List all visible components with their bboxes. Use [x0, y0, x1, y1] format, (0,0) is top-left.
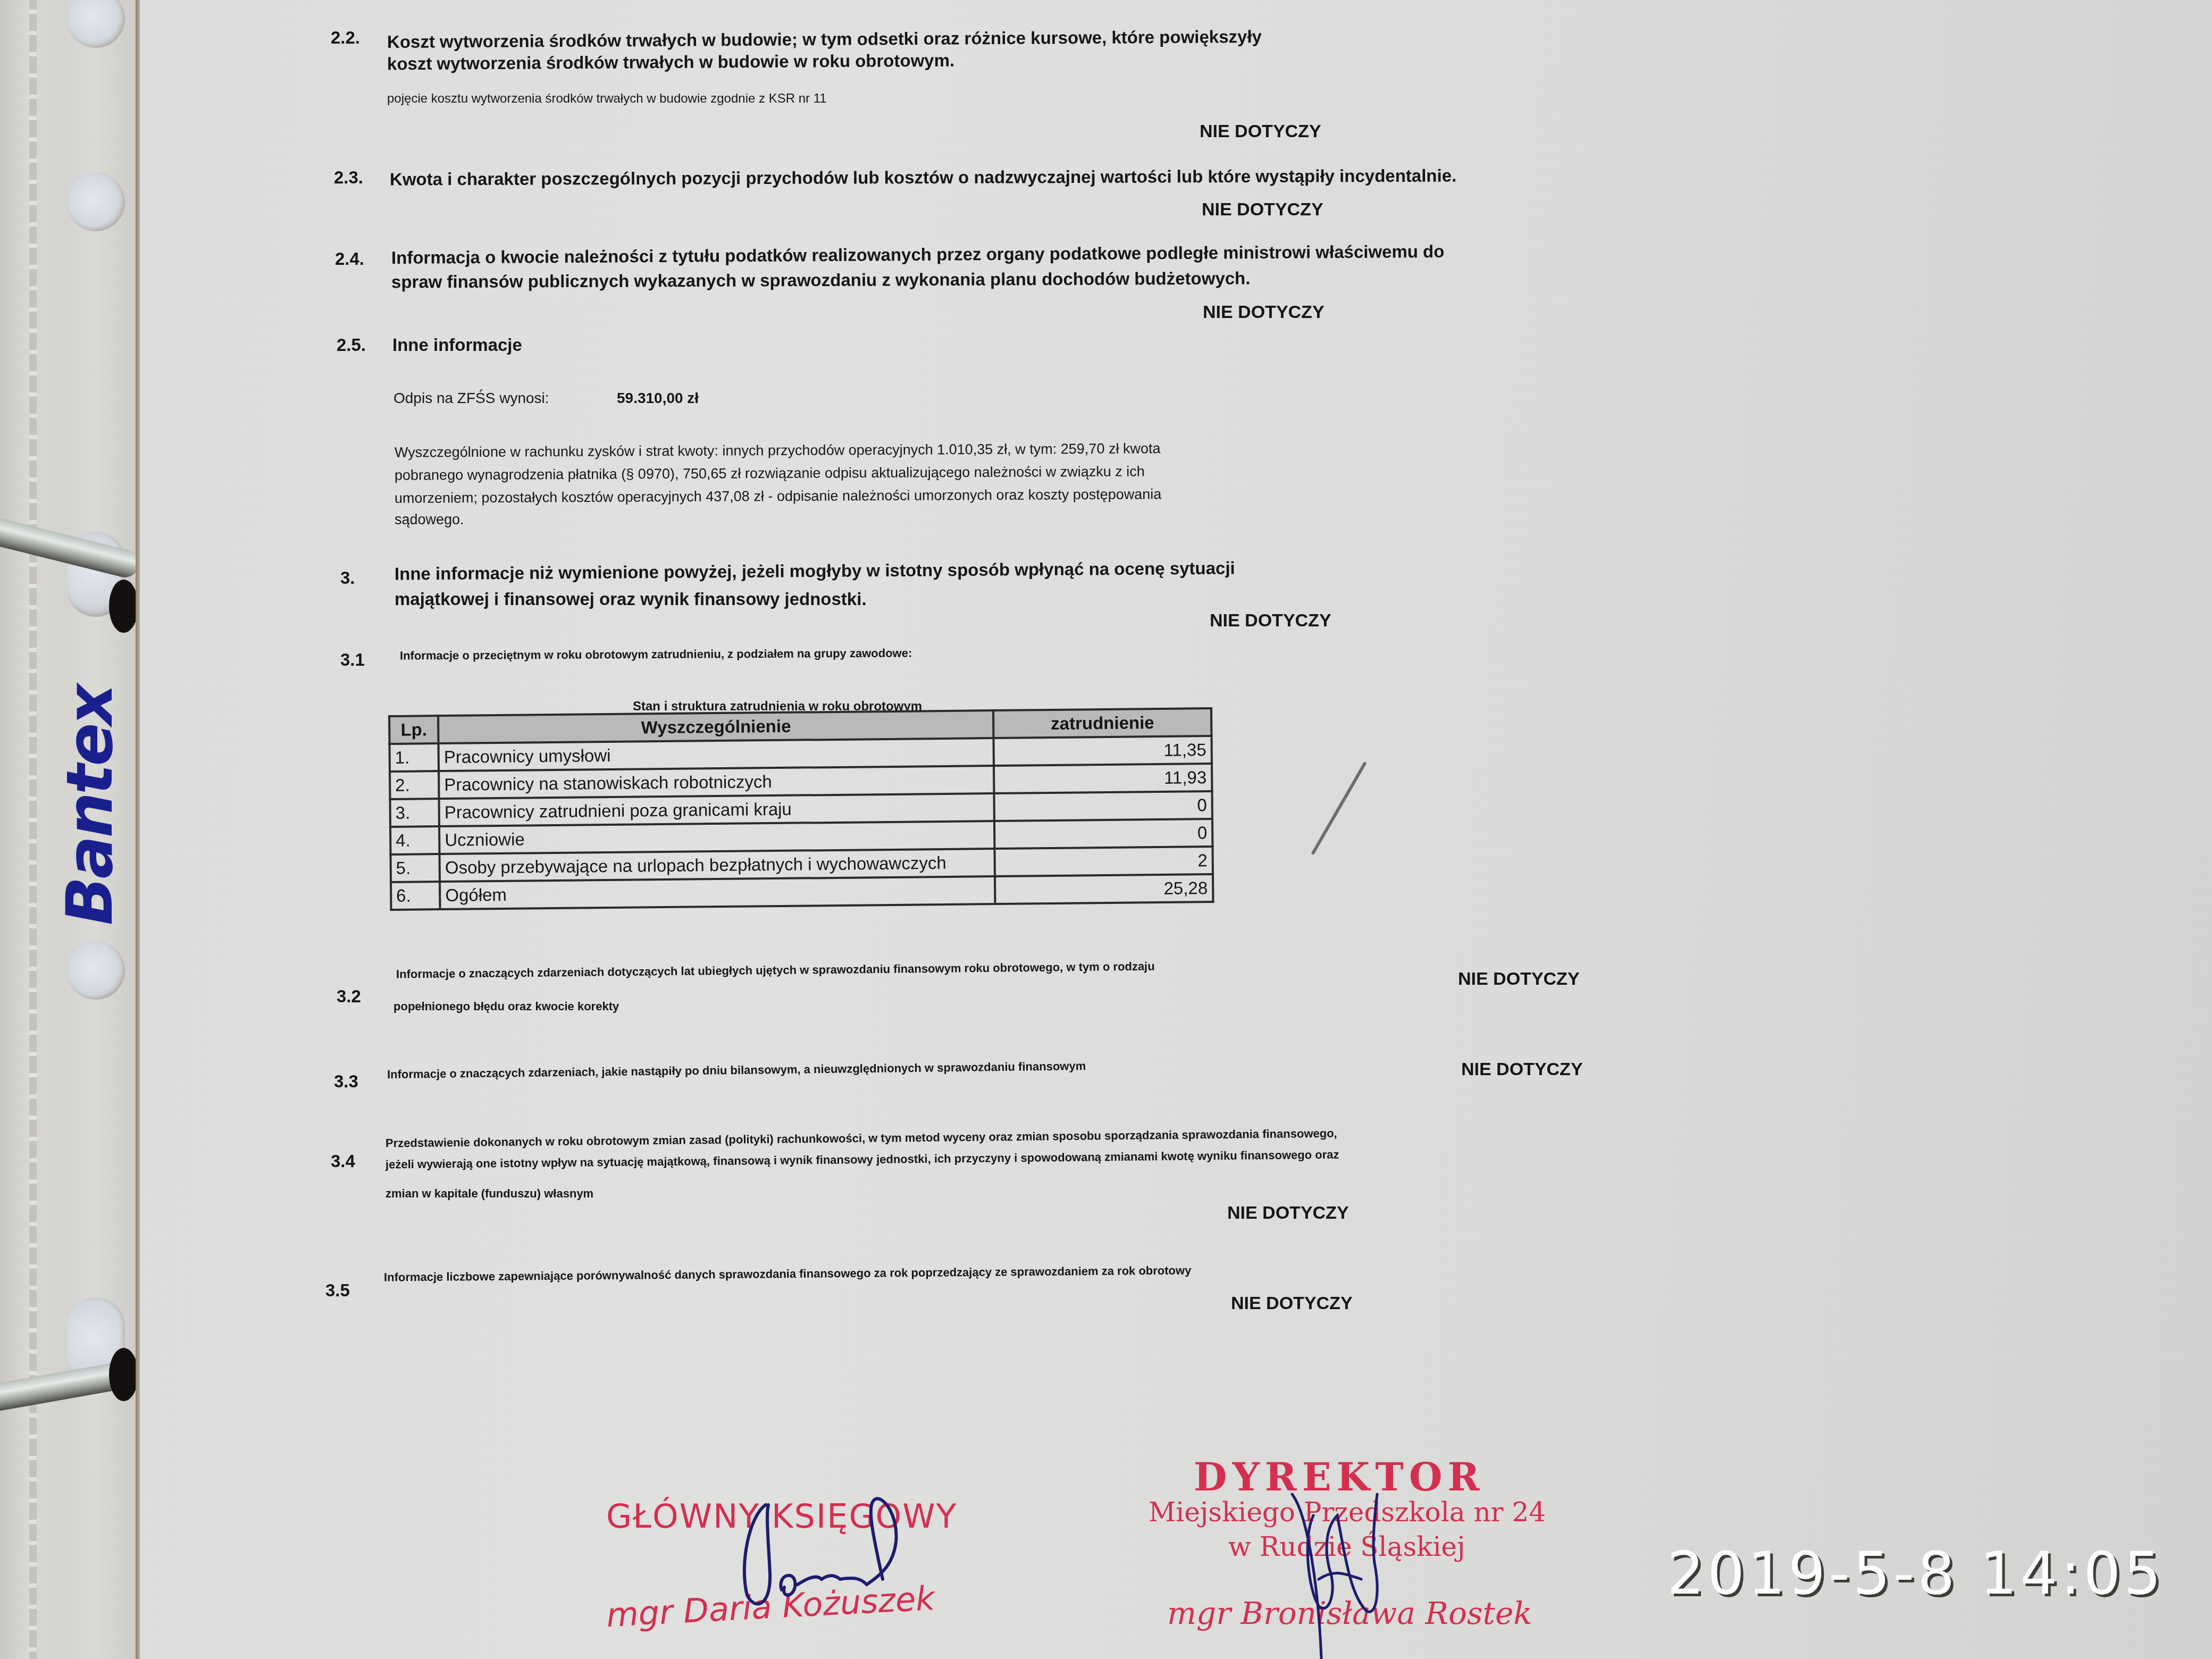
zfss-value: 59.310,00 zł — [617, 390, 699, 407]
section-number: 3. — [340, 568, 355, 588]
column-header-lp: Lp. — [389, 716, 439, 744]
section-number: 3.1 — [340, 650, 365, 670]
row-label: Ogółem — [440, 876, 995, 909]
status-not-applicable: NIE DOTYCZY — [1227, 1203, 1349, 1224]
row-value: 11,93 — [994, 764, 1212, 793]
row-number: 4. — [390, 826, 440, 854]
status-not-applicable: NIE DOTYCZY — [1210, 610, 1331, 631]
status-not-applicable: NIE DOTYCZY — [1203, 302, 1325, 323]
row-number: 3. — [390, 799, 440, 827]
photo-timestamp: 2019-5-8 14:05 — [1667, 1539, 2164, 1607]
strip-edge — [136, 0, 140, 1659]
stamp-director-title: DYREKTOR — [1194, 1454, 1485, 1499]
row-value: 25,28 — [995, 874, 1213, 904]
document-photo: Bantex 2.2. Koszt wytworzenia środków tr… — [0, 0, 2212, 1659]
row-value: 2 — [995, 847, 1213, 876]
section-number: 2.3. — [334, 167, 363, 188]
status-not-applicable: NIE DOTYCZY — [1202, 199, 1323, 220]
row-value: 0 — [994, 819, 1212, 849]
status-not-applicable: NIE DOTYCZY — [1461, 1059, 1583, 1080]
stamp-chief-accountant-title: GŁÓWNY KSIĘGOWY — [606, 1497, 957, 1536]
employment-table: Lp. Wyszczególnienie zatrudnienie 1. Pra… — [388, 707, 1214, 911]
stamp-director-institution: Miejskiego Przedszkola nr 24 — [1149, 1497, 1546, 1528]
column-header-employment: zatrudnienie — [993, 708, 1211, 738]
status-not-applicable: NIE DOTYCZY — [1458, 969, 1580, 990]
section-number: 2.4. — [335, 249, 364, 269]
section-note: pojęcie kosztu wytworzenia środków trwał… — [387, 91, 827, 106]
section-heading: zmian w kapitale (funduszu) własnym — [386, 1187, 593, 1201]
section-heading: majątkowej i finansowej oraz wynik finan… — [395, 589, 867, 609]
section-heading: Informacje o przeciętnym w roku obrotowy… — [400, 646, 912, 663]
row-value: 0 — [994, 791, 1212, 821]
body-text: sądowego. — [395, 512, 464, 528]
punch-hole — [66, 941, 125, 1000]
status-not-applicable: NIE DOTYCZY — [1200, 121, 1321, 142]
row-value: 11,35 — [994, 736, 1212, 766]
section-heading: Kwota i charakter poszczególnych pozycji… — [390, 165, 1456, 189]
section-number: 3.3 — [334, 1071, 358, 1092]
row-number: 2. — [390, 771, 439, 799]
punch-hole — [66, 0, 125, 48]
punch-hole — [66, 173, 125, 231]
stamp-director-name: mgr Bronisława Rostek — [1167, 1595, 1532, 1631]
ring-hole — [109, 1348, 138, 1401]
section-heading: Inne informacje — [392, 335, 522, 355]
perforation-line — [29, 0, 37, 1659]
section-number: 2.2. — [331, 28, 360, 48]
section-number: 2.5. — [337, 335, 366, 355]
section-heading: koszt wytworzenia środków trwałych w bud… — [387, 51, 954, 74]
section-number: 3.4 — [331, 1151, 355, 1171]
row-number: 1. — [390, 743, 439, 772]
ring-hole — [109, 580, 138, 633]
row-number: 5. — [391, 854, 440, 882]
bantex-logo: Bantex — [53, 686, 127, 925]
section-heading: popełnionego błędu oraz kwocie korekty — [393, 1000, 619, 1013]
stamp-director-location: w Rudzie Śląskiej — [1228, 1531, 1465, 1562]
section-number: 3.2 — [337, 986, 361, 1007]
zfss-label: Odpis na ZFŚS wynosi: — [393, 390, 549, 407]
row-number: 6. — [391, 882, 440, 910]
section-heading: spraw finansów publicznych wykazanych w … — [391, 268, 1251, 292]
section-number: 3.5 — [325, 1280, 350, 1301]
status-not-applicable: NIE DOTYCZY — [1231, 1293, 1353, 1314]
sheet-protector-strip: Bantex — [0, 0, 138, 1659]
